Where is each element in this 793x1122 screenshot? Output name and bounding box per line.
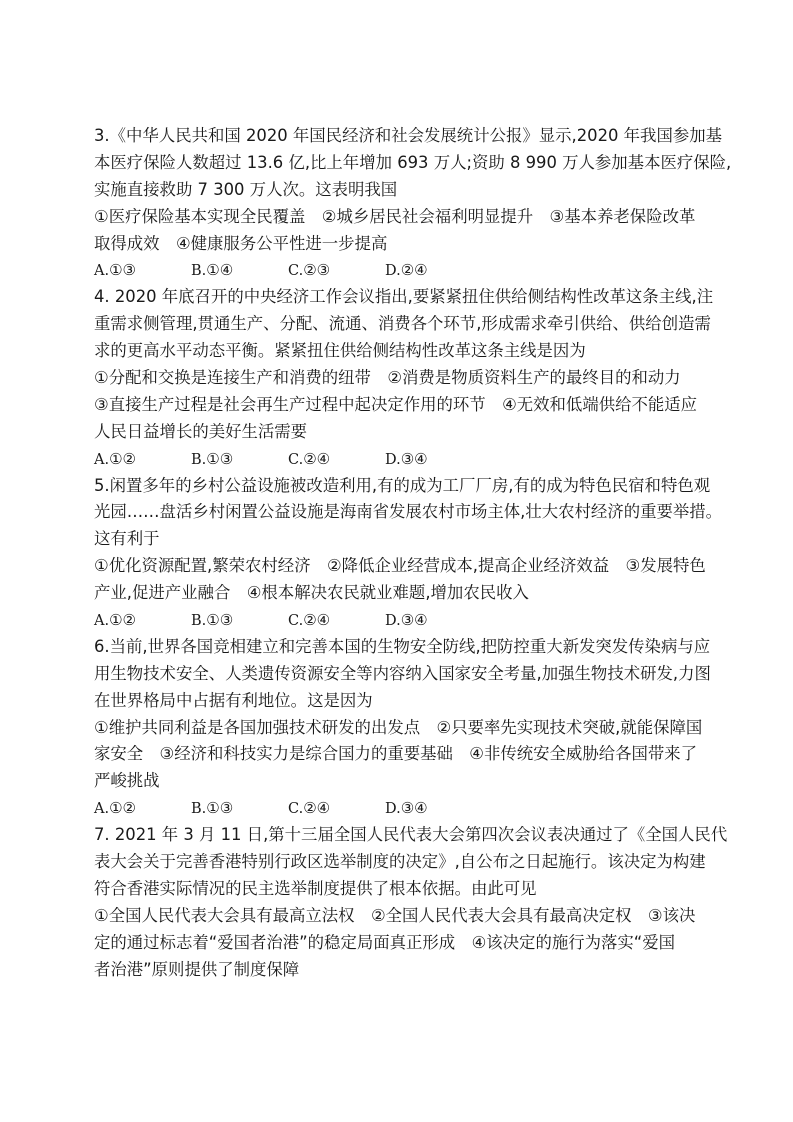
question-stem-line: 实施直接救助 7 300 万人次。这表明我国 — [94, 177, 694, 204]
statement-line: 定的通过标志着“爱国者治港”的稳定局面真正形成 ④该决定的施行为落实“爱国 — [94, 930, 694, 957]
statement-line: ①分配和交换是连接生产和消费的纽带 ②消费是物质资料生产的最终目的和动力 — [94, 365, 694, 392]
option-b: B.①④ — [191, 257, 233, 285]
answer-options: A.①② B.①③ C.②④ D.③④ — [94, 795, 694, 822]
statement-line: 者治港”原则提供了制度保障 — [94, 957, 694, 984]
question-stem-line: 求的更高水平动态平衡。紧紧扭住供给侧结构性改革这条主线是因为 — [94, 338, 694, 365]
question-4: 4. 2020 年底召开的中央经济工作会议指出,要紧紧扭住供给侧结构性改革这条主… — [94, 284, 694, 472]
question-stem-line: 用生物技术安全、人类遗传资源安全等内容纳入国家安全考量,加强生物技术研发,力图 — [94, 661, 694, 688]
option-b: B.①③ — [191, 795, 233, 823]
option-d: D.③④ — [385, 795, 428, 823]
option-c: C.②④ — [288, 795, 330, 823]
question-6: 6.当前,世界各国竞相建立和完善本国的生物安全防线,把防控重大新发突发传染病与应… — [94, 634, 694, 822]
option-d: D.③④ — [385, 607, 428, 635]
option-d: D.②④ — [385, 257, 428, 285]
question-7: 7. 2021 年 3 月 11 日,第十三届全国人民代表大会第四次会议表决通过… — [94, 822, 694, 983]
question-list: 3.《中华人民共和国 2020 年国民经济和社会发展统计公报》显示,2020 年… — [94, 123, 694, 984]
statement-line: ①全国人民代表大会具有最高立法权 ②全国人民代表大会具有最高决定权 ③该决 — [94, 903, 694, 930]
statement-line: 产业,促进产业融合 ④根本解决农民就业难题,增加农民收入 — [94, 580, 694, 607]
answer-options: A.①② B.①③ C.②④ D.③④ — [94, 607, 694, 634]
document-page: 3.《中华人民共和国 2020 年国民经济和社会发展统计公报》显示,2020 年… — [0, 0, 793, 1122]
statement-line: 人民日益增长的美好生活需要 — [94, 419, 694, 446]
option-c: C.②④ — [288, 446, 330, 474]
statement-line: ①医疗保险基本实现全民覆盖 ②城乡居民社会福利明显提升 ③基本养老保险改革 — [94, 204, 694, 231]
statement-line: 取得成效 ④健康服务公平性进一步提高 — [94, 231, 694, 258]
question-stem-line: 符合香港实际情况的民主选举制度提供了根本依据。由此可见 — [94, 876, 694, 903]
option-c: C.②③ — [288, 257, 330, 285]
question-stem-line: 6.当前,世界各国竞相建立和完善本国的生物安全防线,把防控重大新发突发传染病与应 — [94, 634, 694, 661]
question-stem-line: 4. 2020 年底召开的中央经济工作会议指出,要紧紧扭住供给侧结构性改革这条主… — [94, 284, 694, 311]
option-b: B.①③ — [191, 446, 233, 474]
question-stem-line: 在世界格局中占据有利地位。这是因为 — [94, 688, 694, 715]
answer-options: A.①② B.①③ C.②④ D.③④ — [94, 446, 694, 473]
question-stem-line: 3.《中华人民共和国 2020 年国民经济和社会发展统计公报》显示,2020 年… — [94, 123, 694, 150]
question-stem-line: 本医疗保险人数超过 13.6 亿,比上年增加 693 万人;资助 8 990 万… — [94, 150, 694, 177]
statement-line: 家安全 ③经济和科技实力是综合国力的重要基础 ④非传统安全威胁给各国带来了 — [94, 741, 694, 768]
question-stem-line: 7. 2021 年 3 月 11 日,第十三届全国人民代表大会第四次会议表决通过… — [94, 822, 694, 849]
statement-line: ③直接生产过程是社会再生产过程中起决定作用的环节 ④无效和低端供给不能适应 — [94, 392, 694, 419]
option-a: A.①② — [94, 795, 136, 823]
option-b: B.①③ — [191, 607, 233, 635]
question-stem-line: 表大会关于完善香港特别行政区选举制度的决定》,自公布之日起施行。该决定为构建 — [94, 849, 694, 876]
question-stem-line: 5.闲置多年的乡村公益设施被改造利用,有的成为工厂厂房,有的成为特色民宿和特色观 — [94, 473, 694, 500]
option-c: C.②④ — [288, 607, 330, 635]
statement-line: ①维护共同利益是各国加强技术研发的出发点 ②只要率先实现技术突破,就能保障国 — [94, 715, 694, 742]
question-stem-line: 这有利于 — [94, 526, 694, 553]
question-stem-line: 光园……盘活乡村闲置公益设施是海南省发展农村市场主体,壮大农村经济的重要举措。 — [94, 499, 694, 526]
option-d: D.③④ — [385, 446, 428, 474]
question-3: 3.《中华人民共和国 2020 年国民经济和社会发展统计公报》显示,2020 年… — [94, 123, 694, 284]
answer-options: A.①③ B.①④ C.②③ D.②④ — [94, 257, 694, 284]
option-a: A.①② — [94, 446, 136, 474]
question-5: 5.闲置多年的乡村公益设施被改造利用,有的成为工厂厂房,有的成为特色民宿和特色观… — [94, 473, 694, 634]
option-a: A.①③ — [94, 257, 136, 285]
question-stem-line: 重需求侧管理,贯通生产、分配、流通、消费各个环节,形成需求牵引供给、供给创造需 — [94, 311, 694, 338]
statement-line: ①优化资源配置,繁荣农村经济 ②降低企业经营成本,提高企业经济效益 ③发展特色 — [94, 553, 694, 580]
statement-line: 严峻挑战 — [94, 768, 694, 795]
option-a: A.①② — [94, 607, 136, 635]
